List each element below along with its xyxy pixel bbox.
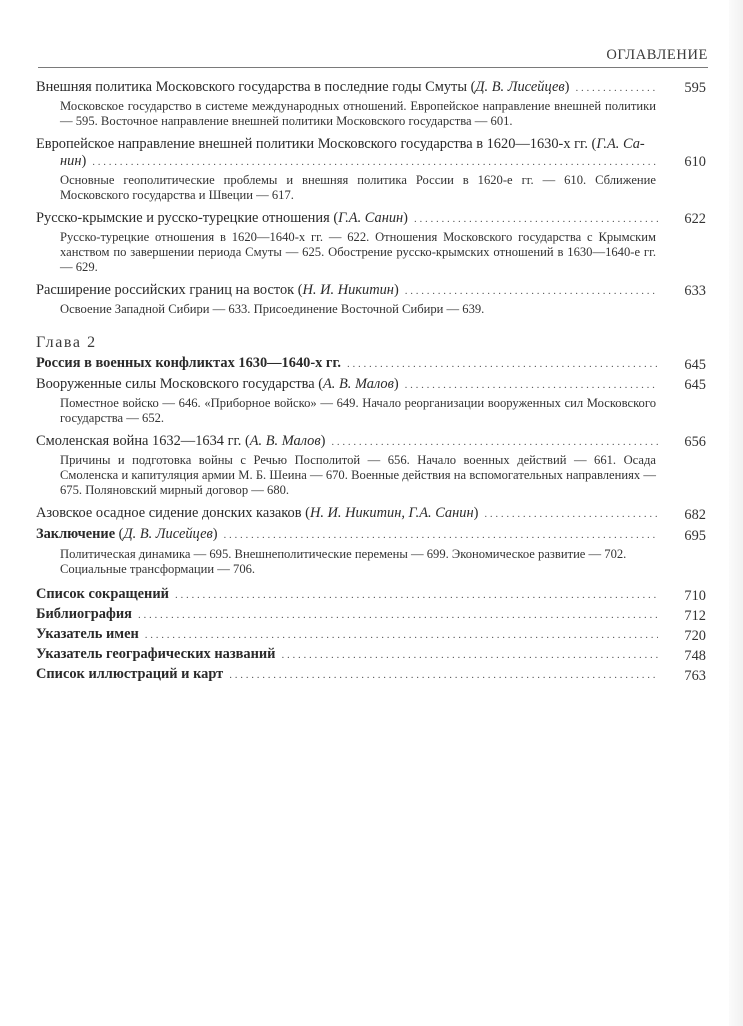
entry-author: Г.А. Са- xyxy=(596,136,644,152)
entry-title: Русско-крымские и русско-турецкие отноше… xyxy=(36,210,408,227)
leader-dots xyxy=(229,667,658,684)
page-edge-shadow xyxy=(729,0,743,1026)
entry-author: Д. В. Лисейцев xyxy=(123,526,212,542)
toc-entry-illustrations[interactable]: Список иллюстраций и карт 763 xyxy=(36,666,708,685)
entry-author: Д. В. Лисейцев xyxy=(475,79,564,95)
page-number: 645 xyxy=(684,357,706,374)
chapter-label: Глава 2 xyxy=(36,334,708,352)
entry-title: Библиография xyxy=(36,606,132,623)
page-number: 720 xyxy=(684,628,706,645)
page-number: 595 xyxy=(684,80,706,97)
page-number: 763 xyxy=(684,668,706,685)
toc-entry-abbreviations[interactable]: Список сокращений 710 xyxy=(36,586,708,605)
leader-dots xyxy=(175,587,658,604)
entry-title: Смоленская война 1632—1634 гг. (А. В. Ма… xyxy=(36,433,325,450)
entry-title: Вооруженные силы Московского государства… xyxy=(36,376,399,393)
chapter-title: Россия в военных конфликтах 1630—1640-х … xyxy=(36,355,341,372)
entry-author: Н. И. Никитин xyxy=(303,282,394,298)
toc-entry[interactable]: Азовское осадное сидение донских казаков… xyxy=(36,505,708,524)
page-number: 710 xyxy=(684,588,706,605)
leader-dots xyxy=(145,627,658,644)
toc-entry-bibliography[interactable]: Библиография 712 xyxy=(36,606,708,625)
running-title: ОГЛАВЛЕНИЕ xyxy=(606,47,708,64)
entry-subtopics: Политическая динамика — 695. Внешнеполит… xyxy=(36,547,708,577)
page-number: 633 xyxy=(684,283,706,300)
entry-title: Заключение (Д. В. Лисейцев) xyxy=(36,526,218,543)
toc-entry[interactable]: Вооруженные силы Московского государства… xyxy=(36,376,708,394)
entry-subtopics: Московское государство в системе междуна… xyxy=(36,99,708,129)
leader-dots xyxy=(575,80,658,97)
entry-author: Г.А. Санин xyxy=(338,210,403,226)
entry-title: Список сокращений xyxy=(36,586,169,603)
entry-author: А. В. Малов xyxy=(250,433,321,449)
entry-author-continued: нин xyxy=(60,153,81,170)
header-rule xyxy=(38,67,708,68)
entry-subtopics: Причины и подготовка войны с Речью Поспо… xyxy=(36,453,708,498)
leader-dots xyxy=(281,647,658,664)
leader-dots xyxy=(224,527,658,544)
leader-dots xyxy=(405,283,658,300)
page-number: 695 xyxy=(684,528,706,545)
entry-author: Н. И. Никитин, Г.А. Санин xyxy=(310,505,474,521)
entry-title: Указатель географических названий xyxy=(36,646,275,663)
entry-title: Внешняя политика Московского государства… xyxy=(36,79,569,96)
entry-title: Список иллюстраций и карт xyxy=(36,666,223,683)
leader-dots xyxy=(138,607,658,624)
leader-dots xyxy=(92,154,658,171)
entry-subtopics: Освоение Западной Сибири — 633. Присоеди… xyxy=(36,302,708,317)
entry-subtopics: Основные геополитические проблемы и внеш… xyxy=(36,173,708,203)
entry-author: А. В. Малов xyxy=(323,376,394,392)
toc-entry[interactable]: Внешняя политика Московского государства… xyxy=(36,79,708,97)
entry-title: Европейское направление внешней политики… xyxy=(36,136,662,153)
entry-title: Азовское осадное сидение донских казаков… xyxy=(36,505,478,522)
page-number: 748 xyxy=(684,648,706,665)
toc-entry[interactable]: Расширение российских границ на восток (… xyxy=(36,282,708,300)
entry-title: Расширение российских границ на восток (… xyxy=(36,282,399,299)
entry-subtopics: Русско-турецкие отношения в 1620—1640-х … xyxy=(36,230,708,275)
page-number: 682 xyxy=(684,507,706,524)
toc-entry-geo-index[interactable]: Указатель географических названий 748 xyxy=(36,646,708,665)
leader-dots xyxy=(405,377,658,394)
toc-entry[interactable]: Европейское направление внешней политики… xyxy=(36,136,708,171)
leader-dots xyxy=(347,356,658,373)
entry-title: Указатель имен xyxy=(36,626,139,643)
chapter-title-entry[interactable]: Россия в военных конфликтах 1630—1640-х … xyxy=(36,355,708,374)
page-number: 610 xyxy=(684,154,706,171)
toc-entry[interactable]: Смоленская война 1632—1634 гг. (А. В. Ма… xyxy=(36,433,708,451)
page-number: 622 xyxy=(684,211,706,228)
toc-entry-conclusion[interactable]: Заключение (Д. В. Лисейцев) 695 xyxy=(36,526,708,545)
entry-subtopics: Поместное войско — 646. «Приборное войск… xyxy=(36,396,708,426)
leader-dots xyxy=(484,506,658,523)
leader-dots xyxy=(414,211,658,228)
page-number: 645 xyxy=(684,377,706,394)
page-number: 656 xyxy=(684,434,706,451)
page-number: 712 xyxy=(684,608,706,625)
table-of-contents: Внешняя политика Московского государства… xyxy=(36,79,708,685)
toc-entry-name-index[interactable]: Указатель имен 720 xyxy=(36,626,708,645)
leader-dots xyxy=(331,434,658,451)
toc-entry[interactable]: Русско-крымские и русско-турецкие отноше… xyxy=(36,210,708,228)
